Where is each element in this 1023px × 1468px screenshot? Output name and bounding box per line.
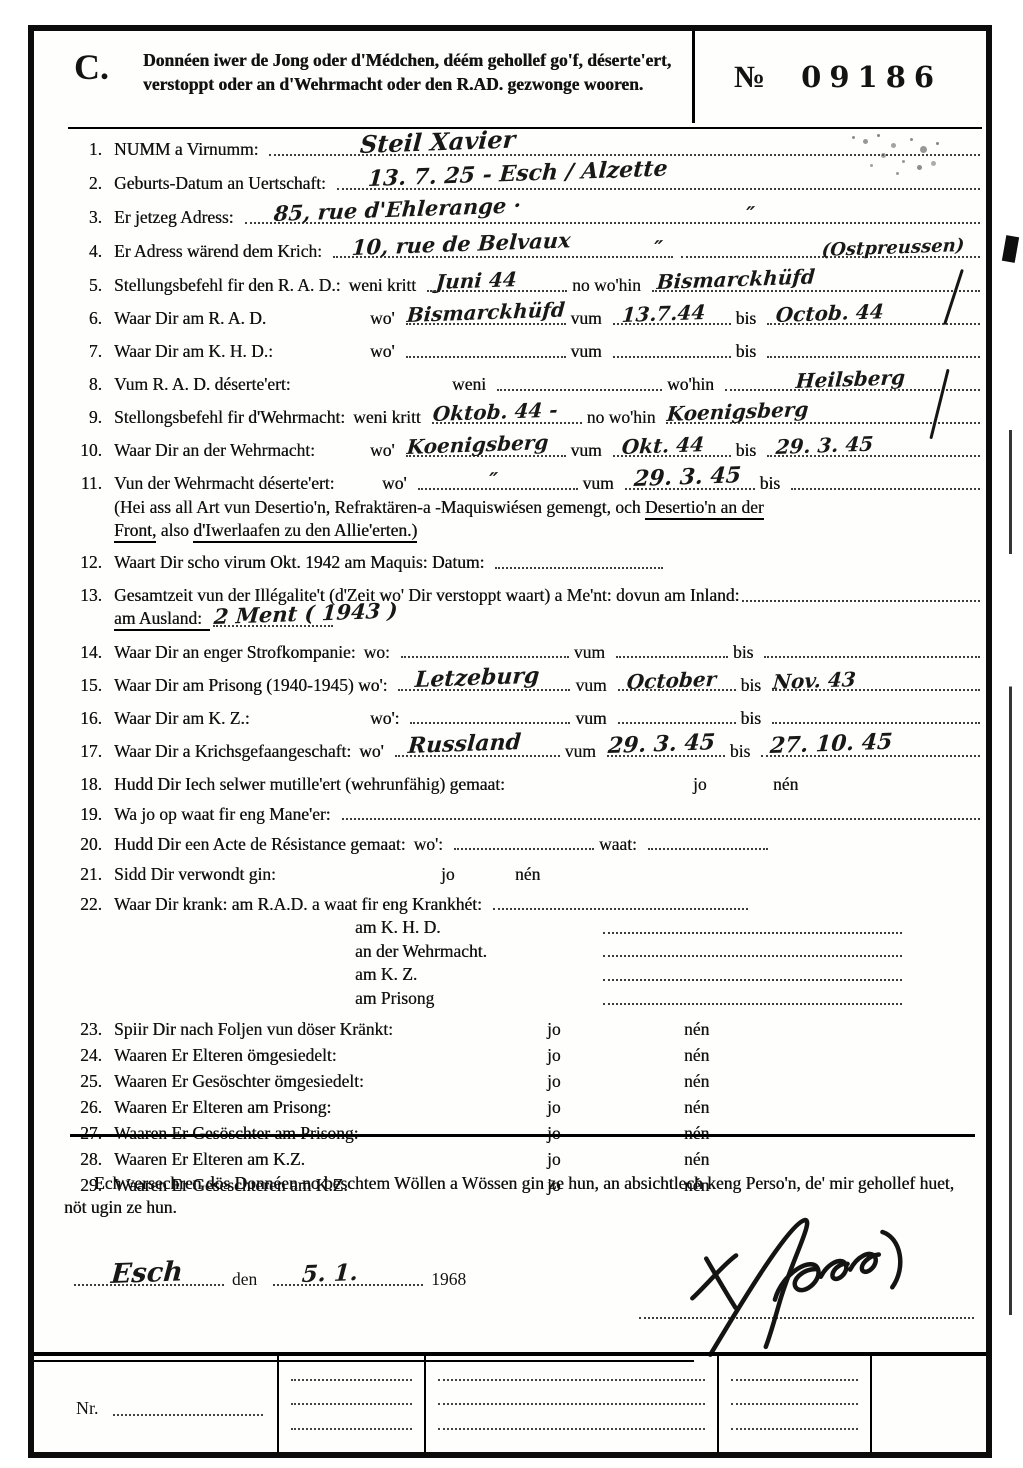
field-label-vum: vum	[571, 308, 610, 329]
line-label: Waar Dir am R. A. D.	[114, 308, 370, 329]
wo-field	[454, 842, 594, 850]
field-label-weni-kritt: weni kritt	[349, 275, 425, 296]
nr-label: Nr.	[76, 1398, 99, 1419]
line-number: 28.	[70, 1149, 114, 1170]
vum-field	[618, 716, 736, 724]
address-field: 85, rue d'Ehlerange · ″	[245, 216, 980, 224]
registry-cell-2	[277, 1356, 424, 1452]
section-divider-rule	[70, 1134, 975, 1137]
jo-option: jo	[547, 1149, 561, 1170]
line-label: Stellongsbefehl fir d'Wehrmacht:	[114, 407, 353, 428]
handwritten-address: 85, rue d'Ehlerange ·	[273, 194, 522, 227]
line-number: 11.	[70, 473, 114, 494]
form-line-6: 6. Waar Dir am R. A. D. wo' Bismarckhüfd…	[70, 308, 985, 329]
field-label-vum: vum	[575, 675, 614, 696]
wo-field: Russland	[395, 749, 560, 757]
wo-field	[410, 716, 570, 724]
line-label: Vum R. A. D. déserte'ert:	[114, 374, 452, 395]
form-line-26: 26. Waaren Er Elteren am Prisong: jo nén	[70, 1097, 985, 1118]
form-line-22-sub-kz: am K. Z.	[355, 964, 907, 985]
jo-option: jo	[547, 1019, 561, 1040]
form-line-22-sub-prisong: am Prisong	[355, 988, 907, 1009]
line-label: Waar Dir a Krichsgefaangeschaft:	[114, 741, 359, 762]
form-line-25: 25. Waaren Er Gesöschter ömgesiedelt: jo…	[70, 1071, 985, 1092]
note-text: also	[156, 520, 193, 540]
field-label-bis: bis	[760, 473, 788, 494]
form-line-17: 17. Waar Dir a Krichsgefaangeschaft: wo'…	[70, 740, 985, 761]
weni-field	[497, 383, 662, 391]
line-label: Waar Dir am K. Z.:	[114, 708, 370, 729]
header-divider	[692, 31, 695, 123]
nr-field	[113, 1410, 264, 1416]
birth-field: 13. 7. 25 - Esch / Alzette	[337, 182, 980, 190]
handwritten-entry: Bismarckhüfd	[406, 299, 566, 328]
handwritten-entry: October	[626, 667, 717, 694]
weni-kritt-field: Juni 44	[427, 284, 567, 292]
form-line-10: 10. Waar Dir an der Wehrmacht: wo' Koeni…	[70, 440, 985, 461]
field-label-bis: bis	[730, 741, 758, 762]
line-label: Er jetzeg Adress:	[114, 207, 242, 228]
vum-field: 29. 3. 45	[625, 482, 755, 490]
field-label-bis: bis	[733, 642, 761, 663]
form-line-22-sub-khd: am K. H. D.	[355, 917, 907, 938]
form-line-3: 3. Er jetzeg Adress: 85, rue d'Ehlerange…	[70, 207, 985, 228]
form-line-18: 18. Hudd Dir Iech selwer mutille'ert (we…	[70, 773, 985, 794]
line-number: 2.	[70, 173, 114, 194]
line-number: 5.	[70, 275, 114, 296]
bis-field	[791, 482, 980, 490]
nen-option: nén	[684, 1097, 709, 1118]
wo-field: ″	[418, 482, 578, 490]
den-label: den	[232, 1269, 265, 1290]
desertion-note: (Hei ass all Art vun Desertio'n, Refrakt…	[114, 496, 985, 542]
line-label: Sidd Dir verwondt gin:	[114, 864, 284, 885]
form-header: C. Donnéen iwer de Jong oder d'Médchen, …	[34, 31, 986, 127]
bis-field: 29. 3. 45	[767, 449, 980, 457]
field-label-wo: wo'	[359, 741, 392, 762]
ink-smudge-artifact	[852, 136, 855, 139]
line-number: 8.	[70, 374, 114, 395]
field-label-vum: vum	[571, 341, 610, 362]
maneer-field	[342, 812, 980, 820]
line-label: Waaren Er Elteren am Prisong:	[114, 1097, 339, 1118]
line-label: Wa jo op waat fir eng Mane'er:	[114, 804, 339, 825]
sub-label: am K. H. D.	[355, 917, 600, 938]
line-number: 24.	[70, 1045, 114, 1066]
form-line-11: 11. Vun der Wehrmacht déserte'ert: wo' ″…	[70, 473, 985, 494]
form-body: 1. NUMM a Virnumm: Steil Xavier 2. Gebur…	[70, 139, 985, 1201]
vum-field: October	[618, 683, 736, 691]
line-label: Vun der Wehrmacht déserte'ert:	[114, 473, 382, 494]
datum-field	[495, 561, 663, 569]
field-label-vum: vum	[574, 642, 613, 663]
line-number: 17.	[70, 741, 114, 762]
signoff-block: Esch den 5. 1. 1968	[74, 1231, 979, 1351]
handwritten-entry: Letzeburg	[414, 664, 540, 694]
form-line-12: 12. Waart Dir scho virum Okt. 1942 am Ma…	[70, 552, 985, 573]
handwritten-entry: 29. 3. 45	[775, 433, 874, 460]
sub-label: am K. Z.	[355, 964, 600, 985]
form-line-2: 2. Geburts-Datum an Uertschaft: 13. 7. 2…	[70, 173, 985, 194]
handwritten-entry: Heilsberg	[795, 367, 906, 394]
note-underlined: Desertio'n an der	[645, 497, 764, 520]
field-label-weni-kritt: weni kritt	[353, 407, 429, 428]
wo-field: Koenigsberg	[406, 449, 566, 457]
name-field: Steil Xavier	[269, 148, 980, 156]
form-line-19: 19. Wa jo op waat fir eng Mane'er:	[70, 803, 985, 824]
form-line-23: 23. Spiir Dir nach Foljen vun döser Krän…	[70, 1019, 985, 1040]
form-line-16: 16. Waar Dir am K. Z.: wo': vum bis	[70, 707, 985, 728]
line-label: Waar Dir am K. H. D.:	[114, 341, 370, 362]
handwritten-entry: Russland	[407, 730, 522, 760]
jo-option: jo	[547, 1045, 561, 1066]
handwritten-entry: Octob. 44	[775, 301, 885, 328]
wo-field: Letzeburg	[398, 683, 570, 691]
field-label-wo: wo'	[370, 341, 403, 362]
form-title: Donnéen iwer de Jong oder d'Médchen, déé…	[143, 49, 703, 96]
serial-number-box: № 09186	[734, 59, 942, 95]
line-number: 18.	[70, 774, 114, 795]
scan-edge-line-artifact	[1009, 430, 1012, 1315]
nen-option: nén	[684, 1019, 709, 1040]
field-label-wo: wo:	[364, 642, 398, 663]
kz-field	[603, 973, 902, 981]
handwritten-entry: 29. 3. 45	[607, 730, 716, 760]
registry-cell-3	[424, 1356, 717, 1452]
handwritten-entry: Koenigsberg	[666, 398, 809, 427]
note-text: (Hei ass all Art vun Desertio'n, Refrakt…	[114, 497, 645, 517]
nen-option: nén	[773, 774, 798, 795]
line-number: 23.	[70, 1019, 114, 1040]
form-line-8: 8. Vum R. A. D. déserte'ert: weni wo'hin…	[70, 374, 985, 395]
form-line-20: 20. Hudd Dir een Acte de Résistance gema…	[70, 833, 985, 854]
line-label: Waaren Er Gesöschter ömgesiedelt:	[114, 1071, 372, 1092]
line-label: Geburts-Datum an Uertschaft:	[114, 173, 334, 194]
wo-field	[406, 350, 566, 358]
line-number: 6.	[70, 308, 114, 329]
date-field: 5. 1.	[273, 1278, 423, 1286]
khd-field	[603, 926, 902, 934]
line-label: Waart Dir scho virum Okt. 1942 am Maquis…	[114, 552, 492, 573]
line-number: 3.	[70, 207, 114, 228]
nen-option: nén	[515, 864, 540, 885]
bis-field: 27. 10. 45	[761, 749, 980, 757]
form-line-22-sub-wehrmacht: an der Wehrmacht.	[355, 941, 907, 962]
field-label-vum: vum	[575, 708, 614, 729]
field-label-wo: wo'	[382, 473, 415, 494]
handwritten-entry: 2 Ment ( 1943 )	[213, 599, 398, 630]
line-label: Hudd Dir een Acte de Résistance gemaat:	[114, 834, 414, 855]
field-label-wohin: wo'hin	[667, 374, 722, 395]
bis-field	[764, 650, 980, 658]
header-rule	[68, 127, 982, 129]
handwritten-entry: Koenigsberg	[406, 431, 549, 460]
handwritten-entry: Okt. 44	[621, 433, 705, 460]
handwritten-entry: Bismarckhüfd	[656, 266, 816, 295]
form-line-22: 22. Waar Dir krank: am R.A.D. a waat fir…	[70, 893, 985, 914]
jo-option: jo	[693, 774, 707, 795]
handwritten-entry: 13.7.44	[621, 301, 706, 328]
field-label-weni: weni	[452, 374, 494, 395]
section-letter: C.	[74, 49, 109, 96]
place-date-line: Esch den 5. 1. 1968	[74, 1269, 474, 1290]
line-number: 1.	[70, 139, 114, 160]
jo-option: jo	[547, 1071, 561, 1092]
field-label-vum: vum	[571, 440, 610, 461]
field-label-wo: wo':	[370, 708, 407, 729]
note-underlined: Front,	[114, 520, 156, 543]
form-line-4: 4. Er Adress wärend dem Krich: 10, rue d…	[70, 241, 985, 262]
field-label-bis: bis	[736, 341, 764, 362]
line-label: Spiir Dir nach Foljen vun döser Kränkt:	[114, 1019, 401, 1040]
sub-label: am Prisong	[355, 988, 600, 1009]
form-line-28: 28. Waaren Er Elteren am K.Z. jo nén	[70, 1149, 985, 1170]
field-label-no-wohin: no wo'hin	[587, 407, 664, 428]
form-line-13: 13. Gesamtzeit vun der Illégalite't (d'Z…	[70, 585, 985, 606]
registry-cell-4	[717, 1356, 870, 1452]
field-label-bis: bis	[741, 675, 769, 696]
weni-kritt-field: Oktob. 44 -	[432, 416, 582, 424]
ditto-mark: ″	[488, 469, 499, 493]
wo-field	[401, 650, 569, 658]
jo-option: jo	[547, 1097, 561, 1118]
year-label: 1968	[431, 1269, 474, 1290]
form-line-1: 1. NUMM a Virnumm: Steil Xavier	[70, 139, 985, 160]
line-label: Waaren Er Elteren am K.Z.	[114, 1149, 313, 1170]
handwritten-entry: Juni 44	[435, 269, 518, 295]
line-number: 25.	[70, 1071, 114, 1092]
line-label: Stellungsbefehl fir den R. A. D.:	[114, 275, 349, 296]
vum-field	[613, 350, 731, 358]
field-label-bis: bis	[741, 708, 769, 729]
handwritten-name: Steil Xavier	[359, 125, 516, 159]
field-label-vum: vum	[583, 473, 622, 494]
handwritten-war-address: 10, rue de Belvaux	[351, 229, 571, 261]
field-label-wo: wo'	[370, 308, 403, 329]
line-number: 15.	[70, 675, 114, 696]
handwritten-entry: Nov. 43	[772, 668, 857, 695]
scan-edge-artifact	[1002, 235, 1019, 263]
prisong-field	[603, 997, 902, 1005]
vum-field: Okt. 44	[613, 449, 731, 457]
form-line-21: 21. Sidd Dir verwondt gin: jo nén	[70, 863, 985, 884]
line-number: 13.	[70, 585, 114, 606]
handwritten-birth: 13. 7. 25 - Esch / Alzette	[367, 157, 668, 193]
field-label-waat: waat:	[599, 834, 645, 855]
registry-cell-5	[870, 1356, 986, 1452]
waat-field	[648, 842, 768, 850]
field-label-vum: vum	[565, 741, 604, 762]
field-label-no-wohin: no wo'hin	[572, 275, 649, 296]
serial-number-value: 09186	[801, 60, 942, 94]
scanned-page-frame: C. Donnéen iwer de Jong oder d'Médchen, …	[28, 25, 992, 1458]
bis-field: Nov. 43	[772, 683, 980, 691]
vum-field	[616, 650, 728, 658]
numero-sign: №	[734, 59, 765, 95]
ausland-label: am Ausland:	[114, 608, 210, 632]
form-line-9: 9. Stellongsbefehl fir d'Wehrmacht: weni…	[70, 407, 985, 428]
line-number: 22.	[70, 894, 114, 915]
registry-cell-nr: Nr.	[34, 1356, 277, 1452]
handwritten-date: 5. 1.	[301, 1259, 359, 1288]
line-number: 19.	[70, 804, 114, 825]
signature-scrawl	[662, 1192, 936, 1368]
vum-field: 13.7.44	[613, 317, 731, 325]
line-number: 20.	[70, 834, 114, 855]
handwritten-entry: Oktob. 44 -	[432, 399, 558, 427]
ditto-mark: ″	[745, 203, 756, 227]
line-number: 16.	[70, 708, 114, 729]
line-label: Waar Dir am Prisong (1940-1945) wo':	[114, 675, 395, 696]
nen-option: nén	[684, 1045, 709, 1066]
jo-option: jo	[441, 864, 455, 885]
field-label-bis: bis	[736, 308, 764, 329]
field-label-bis: bis	[736, 440, 764, 461]
note-underlined: d'Iwerlaafen zu den Allie'erten.)	[193, 520, 417, 543]
form-line-14: 14. Waar Dir an enger Strofkompanie: wo:…	[70, 641, 985, 662]
line-number: 26.	[70, 1097, 114, 1118]
handwritten-entry: 29. 3. 45	[633, 463, 742, 493]
line-number: 14.	[70, 642, 114, 663]
line-number: 7.	[70, 341, 114, 362]
line-label: Waar Dir an enger Strofkompanie:	[114, 642, 364, 663]
nen-option: nén	[684, 1071, 709, 1092]
line-label: Er Adress wärend dem Krich:	[114, 241, 330, 262]
form-line-7: 7. Waar Dir am K. H. D.: wo' vum bis	[70, 341, 985, 362]
field-label-wo: wo'	[370, 440, 403, 461]
line-number: 10.	[70, 440, 114, 461]
place-field: Esch	[74, 1278, 224, 1286]
signature-area	[639, 1217, 979, 1347]
form-line-24: 24. Waaren Er Elteren ömgesiedelt: jo né…	[70, 1045, 985, 1066]
nen-option: nén	[684, 1149, 709, 1170]
bis-field	[767, 350, 980, 358]
form-line-5: 5. Stellungsbefehl fir den R. A. D.: wen…	[70, 275, 985, 296]
ditto-mark: ″	[653, 237, 664, 261]
krankheet-field	[493, 902, 748, 910]
no-wohin-field: Bismarckhüfd	[652, 284, 980, 292]
line-label: Waar Dir krank: am R.A.D. a waat fir eng…	[114, 894, 490, 915]
wehrmacht-field	[603, 949, 902, 957]
line-number: 21.	[70, 864, 114, 885]
sub-label: an der Wehrmacht.	[355, 941, 600, 962]
ausland-field: 2 Ment ( 1943 )	[213, 619, 333, 627]
line-label: NUMM a Virnumm:	[114, 139, 266, 160]
handwritten-annex: (Ostpreussen)	[821, 235, 965, 261]
war-address-field: 10, rue de Belvaux ″	[333, 250, 673, 258]
line-number: 9.	[70, 407, 114, 428]
bis-field	[772, 716, 980, 724]
vum-field: 29. 3. 45	[607, 749, 725, 757]
line-label: Gesamtzeit vun der Illégalite't (d'Zeit …	[114, 585, 739, 606]
handwritten-entry: 27. 10. 45	[769, 730, 893, 760]
line-label: Hudd Dir Iech selwer mutille'ert (wehrun…	[114, 774, 513, 795]
line-label: Waar Dir an der Wehrmacht:	[114, 440, 370, 461]
wo-field: Bismarckhüfd	[406, 317, 566, 325]
form-line-15: 15. Waar Dir am Prisong (1940-1945) wo':…	[70, 674, 985, 695]
line-number: 12.	[70, 552, 114, 573]
field-label-wo: wo':	[414, 834, 451, 855]
line-label: Waaren Er Elteren ömgesiedelt:	[114, 1045, 345, 1066]
registry-table: Nr.	[34, 1352, 986, 1452]
inland-field	[742, 594, 980, 602]
form-line-13b: am Ausland: 2 Ment ( 1943 )	[114, 608, 985, 632]
war-address-field-2: (Ostpreussen)	[681, 250, 980, 258]
handwritten-place: Esch	[110, 1256, 184, 1290]
line-number: 4.	[70, 241, 114, 262]
